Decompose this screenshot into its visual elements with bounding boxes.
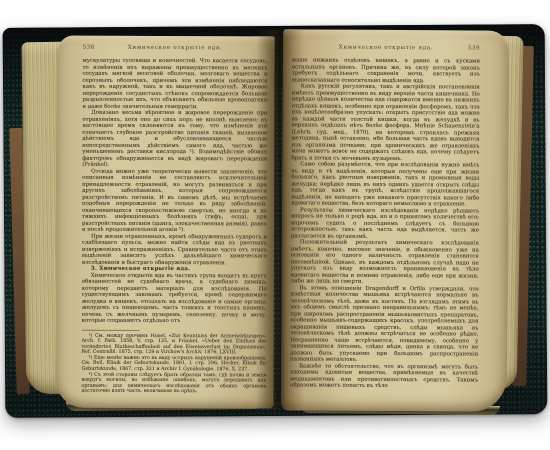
paragraph: мускулатуры туловища и конечностей. Что … xyxy=(82,58,267,111)
left-running-title: Химическое открытіе яда. xyxy=(128,45,223,51)
paragraph: Отсюда можно уже теоретически вывести за… xyxy=(82,168,267,234)
paragraph: Положительный результатъ химическаго изс… xyxy=(291,239,479,286)
left-page-header: 538 Химическое открытіе яда. xyxy=(83,45,268,52)
signature-mark: · xyxy=(81,397,266,403)
paragraph: Само собою разумѣется, что при изслѣдова… xyxy=(291,161,479,208)
paragraph: Химическое открытіе яда въ частяхъ трупа… xyxy=(82,272,267,325)
right-page: Химическое открытіе яда. 539 выше нижних… xyxy=(281,29,509,411)
paragraph: выше нижнихъ отдѣловъ кишекъ, а равно и … xyxy=(292,57,480,84)
footnote: ²) Еще менѣе важно это въ виду острыхъ н… xyxy=(81,356,266,373)
right-running-title: Химическое открытіе яда. xyxy=(339,45,434,52)
right-page-number: 539 xyxy=(464,45,480,51)
footnote: ¹) См. между прочимъ Husel, «Zur Kenntni… xyxy=(82,333,267,356)
right-page-header: Химическое открытіе яда. 539 xyxy=(292,44,480,51)
paragraph: Въ этомъ отношеніи Dragendorff и Orfila … xyxy=(290,285,478,364)
paragraph: Доказано весьма вѣроятное и жировое пере… xyxy=(82,110,267,169)
paragraph: Какъ русскій регулятивъ, такъ и австрійс… xyxy=(291,83,479,162)
photo-backdrop: 538 Химическое открытіе яда. мускулатуры… xyxy=(0,0,550,450)
footnote: ³) Съ этой стороны слѣдуетъ брать образц… xyxy=(81,372,266,395)
paragraph: При жизни отравленныхъ, кромѣ обнаруженн… xyxy=(82,233,267,266)
paragraph: Важнѣе то обстоятельство, что въ организ… xyxy=(290,363,478,390)
left-page-number: 538 xyxy=(83,45,99,51)
footnote-rule xyxy=(82,329,140,330)
paragraph: Результаты химическаго изслѣдованія нерѣ… xyxy=(291,207,479,241)
left-page: 538 Химическое открытіе яда. мускулатуры… xyxy=(55,36,274,409)
